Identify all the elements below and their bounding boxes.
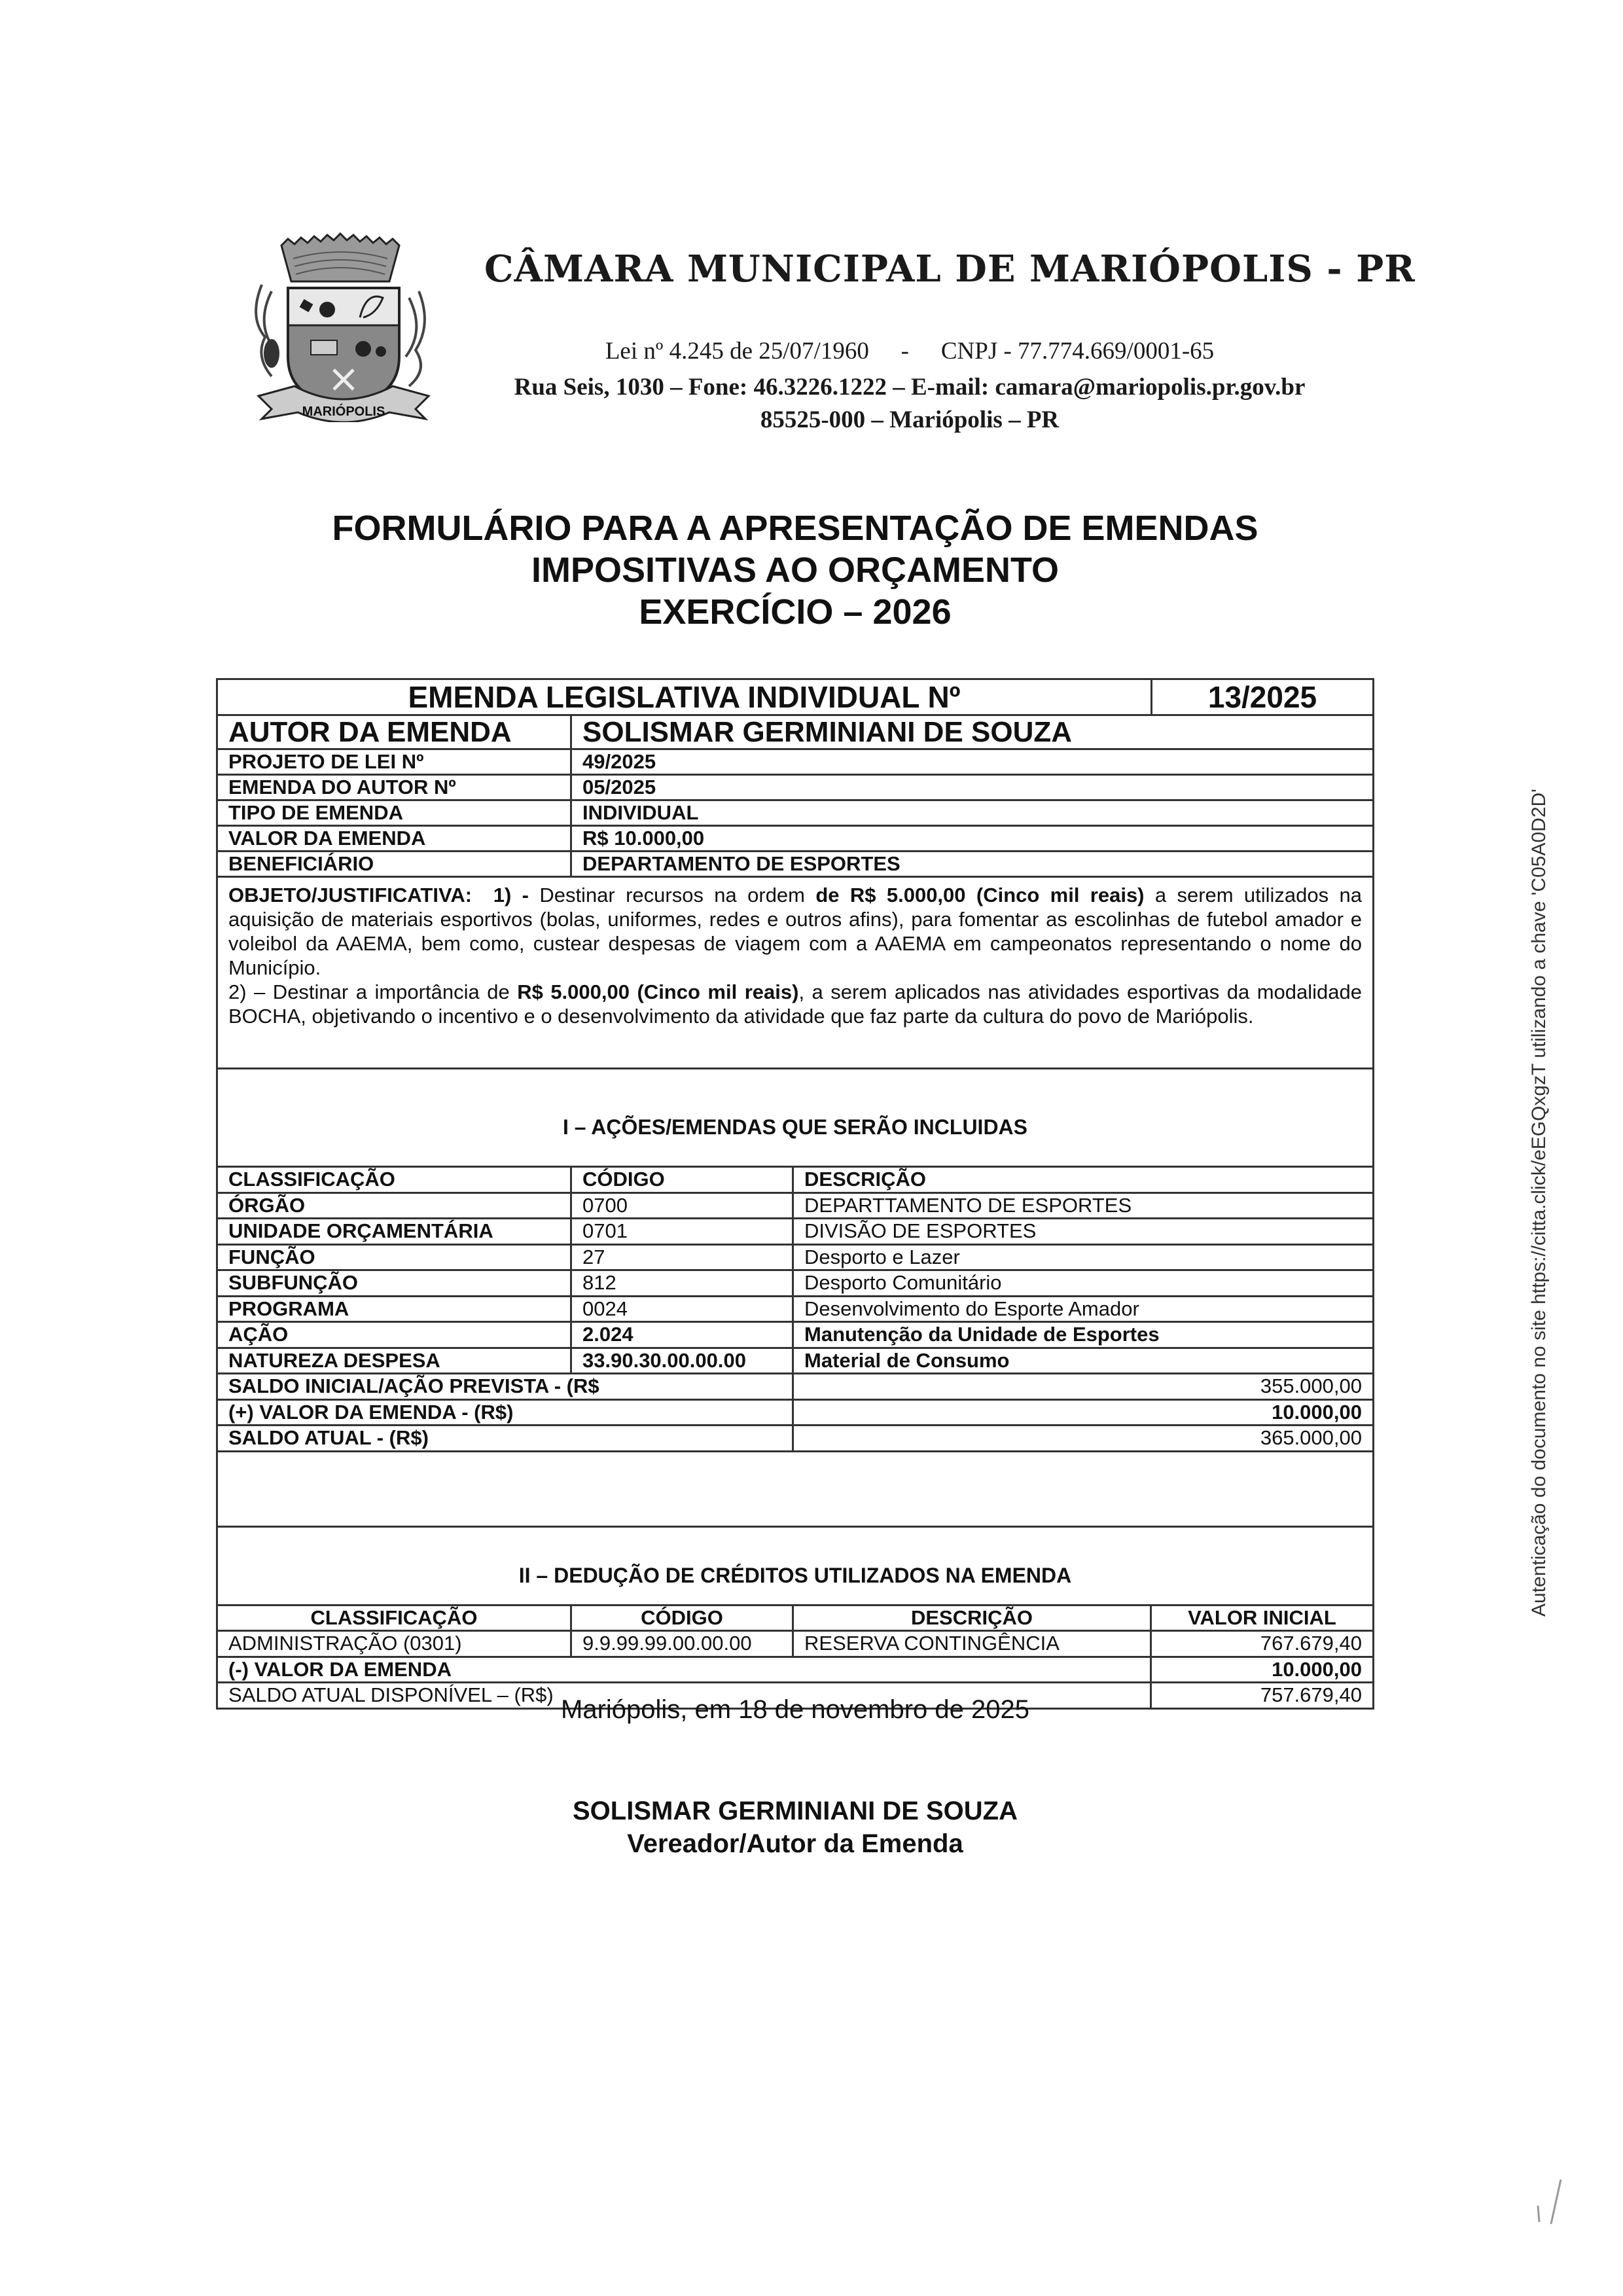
- header-classificacao: CLASSIFICAÇÃO: [218, 1606, 570, 1630]
- amendment-number: 13/2025: [1150, 680, 1372, 714]
- cell-codigo: 27: [570, 1246, 792, 1270]
- field-value: 05/2025: [570, 776, 1372, 799]
- author-row: AUTOR DA EMENDA SOLISMAR GERMINIANI DE S…: [218, 716, 1372, 750]
- cell-descricao: Desenvolvimento do Esporte Amador: [792, 1297, 1372, 1321]
- field-value: R$ 10.000,00: [570, 827, 1372, 850]
- cell-codigo: 0701: [570, 1219, 792, 1244]
- field-value: INDIVIDUAL: [570, 801, 1372, 825]
- header-valor-inicial: VALOR INICIAL: [1150, 1606, 1372, 1630]
- field-value: 49/2025: [570, 750, 1372, 774]
- field-value: DEPARTAMENTO DE ESPORTES: [570, 852, 1372, 876]
- header-codigo: CÓDIGO: [570, 1606, 792, 1630]
- amendment-heading: EMENDA LEGISLATIVA INDIVIDUAL Nº: [218, 680, 1150, 714]
- total-value: 355.000,00: [792, 1374, 1372, 1399]
- field-row: EMENDA DO AUTOR Nº 05/2025: [218, 776, 1372, 801]
- cnpj: CNPJ - 77.774.669/0001-65: [941, 338, 1214, 365]
- field-label: TIPO DE EMENDA: [218, 801, 570, 825]
- cell-descricao: Material de Consumo: [792, 1349, 1372, 1373]
- field-row: PROJETO DE LEI Nº 49/2025: [218, 750, 1372, 776]
- field-row: VALOR DA EMENDA R$ 10.000,00: [218, 827, 1372, 852]
- signer-name: SOLISMAR GERMINIANI DE SOUZA: [216, 1797, 1374, 1826]
- section-1-row: FUNÇÃO27Desporto e Lazer: [218, 1246, 1372, 1272]
- section-1-row: NATUREZA DESPESA33.90.30.00.00.00Materia…: [218, 1349, 1372, 1375]
- header-descricao: DESCRIÇÃO: [792, 1168, 1372, 1192]
- cell-descricao: Manutenção da Unidade de Esportes: [792, 1323, 1372, 1347]
- municipal-coat-of-arms-logo: MARIÓPOLIS: [236, 226, 445, 422]
- field-label: BENEFICIÁRIO: [218, 852, 570, 876]
- section-1-row: UNIDADE ORÇAMENTÁRIA0701DIVISÃO DE ESPOR…: [218, 1219, 1372, 1246]
- cell-codigo: 33.90.30.00.00.00: [570, 1349, 792, 1373]
- item-1-amount: de R$ 5.000,00 (Cinco mil reais): [815, 884, 1144, 906]
- postal-code-city: 85525-000 – Mariópolis – PR: [484, 406, 1335, 434]
- founding-law-and-cnpj: Lei nº 4.245 de 25/07/1960-CNPJ - 77.774…: [484, 337, 1335, 365]
- total-value: 10.000,00: [792, 1401, 1372, 1425]
- section-1-total-row: SALDO INICIAL/AÇÃO PREVISTA - (R$ 355.00…: [218, 1374, 1372, 1401]
- form-title-line-3: EXERCÍCIO – 2026: [216, 591, 1374, 633]
- cell-classificacao: PROGRAMA: [218, 1297, 570, 1321]
- field-label: EMENDA DO AUTOR Nº: [218, 776, 570, 799]
- author-label: AUTOR DA EMENDA: [218, 716, 570, 748]
- cell-codigo: 812: [570, 1271, 792, 1295]
- cell-classificacao: AÇÃO: [218, 1323, 570, 1347]
- author-value: SOLISMAR GERMINIANI DE SOUZA: [570, 716, 1372, 748]
- section-1-row: ÓRGÃO0700DEPARTTAMENTO DE ESPORTES: [218, 1194, 1372, 1220]
- field-label: PROJETO DE LEI Nº: [218, 750, 570, 774]
- total-label: (+) VALOR DA EMENDA - (R$): [218, 1401, 792, 1425]
- amendment-heading-row: EMENDA LEGISLATIVA INDIVIDUAL Nº 13/2025: [218, 680, 1372, 716]
- item-1-prefix: 1) -: [493, 884, 540, 906]
- section-2-title: II – DEDUÇÃO DE CRÉDITOS UTILIZADOS NA E…: [218, 1528, 1372, 1606]
- form-title-line-1: FORMULÁRIO PARA A APRESENTAÇÃO DE EMENDA…: [216, 507, 1374, 549]
- section-1-row: PROGRAMA0024Desenvolvimento do Esporte A…: [218, 1297, 1372, 1323]
- total-label: (-) VALOR DA EMENDA: [218, 1658, 1150, 1682]
- svg-text:MARIÓPOLIS: MARIÓPOLIS: [302, 403, 385, 419]
- section-1-total-row: (+) VALOR DA EMENDA - (R$) 10.000,00: [218, 1401, 1372, 1427]
- cell-classificacao: FUNÇÃO: [218, 1246, 570, 1270]
- total-label: SALDO ATUAL - (R$): [218, 1426, 792, 1450]
- cell-classificacao: ÓRGÃO: [218, 1194, 570, 1218]
- header-descricao: DESCRIÇÃO: [792, 1606, 1150, 1630]
- cell-classificacao: SUBFUNÇÃO: [218, 1271, 570, 1295]
- item-1-text-a: Destinar recursos na ordem: [539, 884, 815, 906]
- section-2-data-row: ADMINISTRAÇÃO (0301) 9.9.99.99.00.00.00 …: [218, 1632, 1372, 1658]
- cell-descricao: RESERVA CONTINGÊNCIA: [792, 1632, 1150, 1656]
- cell-classificacao: NATUREZA DESPESA: [218, 1349, 570, 1373]
- amendment-form-table: EMENDA LEGISLATIVA INDIVIDUAL Nº 13/2025…: [216, 678, 1374, 1710]
- cell-descricao: DIVISÃO DE ESPORTES: [792, 1219, 1372, 1244]
- cell-codigo: 2.024: [570, 1323, 792, 1347]
- field-label: VALOR DA EMENDA: [218, 827, 570, 850]
- field-row: BENEFICIÁRIO DEPARTAMENTO DE ESPORTES: [218, 852, 1372, 878]
- address-contact: Rua Seis, 1030 – Fone: 46.3226.1222 – E-…: [484, 373, 1335, 401]
- section-1-title: I – AÇÕES/EMENDAS QUE SERÃO INCLUIDAS: [218, 1069, 1372, 1168]
- justification-block: OBJETO/JUSTIFICATIVA: 1) - Destinar recu…: [218, 878, 1372, 1069]
- section-1-row: AÇÃO2.024Manutenção da Unidade de Esport…: [218, 1323, 1372, 1349]
- cell-classificacao: ADMINISTRAÇÃO (0301): [218, 1632, 570, 1656]
- place-and-date: Mariópolis, em 18 de novembro de 2025: [216, 1695, 1374, 1725]
- cell-classificacao: UNIDADE ORÇAMENTÁRIA: [218, 1219, 570, 1244]
- cell-valor: 767.679,40: [1150, 1632, 1372, 1656]
- item-2-amount: R$ 5.000,00 (Cinco mil reais): [517, 980, 798, 1003]
- total-label: SALDO INICIAL/AÇÃO PREVISTA - (R$: [218, 1374, 792, 1399]
- handwritten-check-mark-icon: [1531, 2173, 1571, 2225]
- cell-codigo: 9.9.99.99.00.00.00: [570, 1632, 792, 1656]
- section-1-header-row: CLASSIFICAÇÃO CÓDIGO DESCRIÇÃO: [218, 1168, 1372, 1194]
- chamber-title: CÂMARA MUNICIPAL DE MARIÓPOLIS - PR: [484, 247, 1387, 291]
- cell-codigo: 0700: [570, 1194, 792, 1218]
- founding-law: Lei nº 4.245 de 25/07/1960: [605, 338, 869, 365]
- field-row: TIPO DE EMENDA INDIVIDUAL: [218, 801, 1372, 827]
- separator: -: [869, 337, 941, 365]
- header-classificacao: CLASSIFICAÇÃO: [218, 1168, 570, 1192]
- justification-item-1: OBJETO/JUSTIFICATIVA: 1) - Destinar recu…: [228, 883, 1362, 980]
- section-2-total-row: (-) VALOR DA EMENDA 10.000,00: [218, 1658, 1372, 1684]
- item-2-text-a: 2) – Destinar a importância de: [228, 980, 517, 1003]
- form-title: FORMULÁRIO PARA A APRESENTAÇÃO DE EMENDA…: [216, 507, 1374, 633]
- cell-descricao: Desporto Comunitário: [792, 1271, 1372, 1295]
- header-codigo: CÓDIGO: [570, 1168, 792, 1192]
- cell-descricao: Desporto e Lazer: [792, 1246, 1372, 1270]
- spacer-row: [218, 1452, 1372, 1528]
- justification-item-2: 2) – Destinar a importância de R$ 5.000,…: [228, 980, 1362, 1028]
- authentication-notice: Autenticação do documento no site https:…: [1528, 700, 1550, 1617]
- cell-codigo: 0024: [570, 1297, 792, 1321]
- section-1-row: SUBFUNÇÃO812Desporto Comunitário: [218, 1271, 1372, 1297]
- section-2-header-row: CLASSIFICAÇÃO CÓDIGO DESCRIÇÃO VALOR INI…: [218, 1606, 1372, 1632]
- section-1-total-row: SALDO ATUAL - (R$) 365.000,00: [218, 1426, 1372, 1452]
- justification-label: OBJETO/JUSTIFICATIVA:: [228, 884, 472, 906]
- signer-role: Vereador/Autor da Emenda: [216, 1829, 1374, 1859]
- cell-descricao: DEPARTTAMENTO DE ESPORTES: [792, 1194, 1372, 1218]
- form-title-line-2: IMPOSITIVAS AO ORÇAMENTO: [216, 549, 1374, 591]
- total-value: 10.000,00: [1150, 1658, 1372, 1682]
- total-value: 365.000,00: [792, 1426, 1372, 1450]
